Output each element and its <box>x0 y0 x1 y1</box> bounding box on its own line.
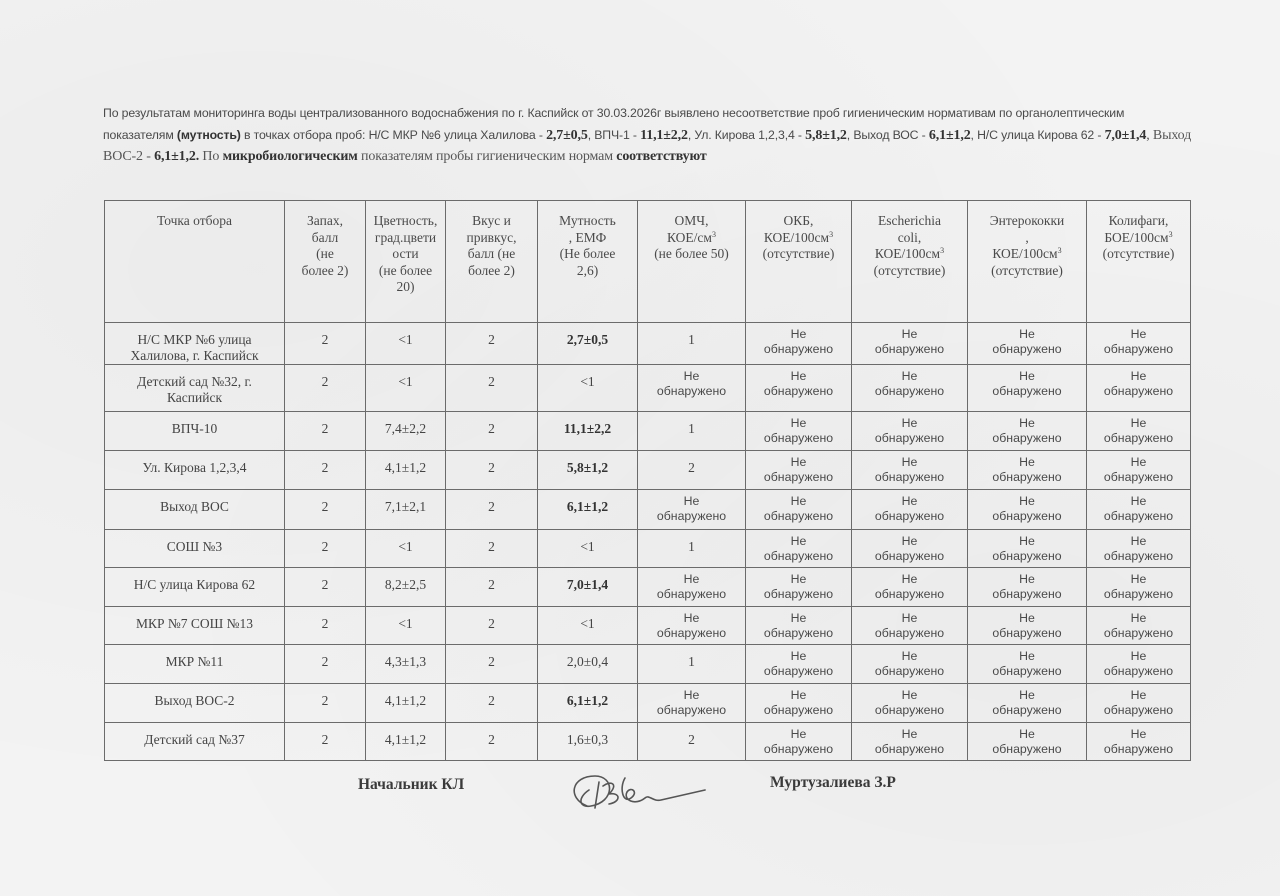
sampling-point: ВПЧ-10 <box>105 412 285 451</box>
cell-text: Не <box>971 494 1083 509</box>
cell-color: <1 <box>366 323 446 365</box>
cell-text: обнаружено <box>749 384 848 399</box>
cell-text: обнаружено <box>749 664 848 679</box>
cell-turbidity: 11,1±2,2 <box>538 412 638 451</box>
cell-text: Не <box>855 688 964 703</box>
cell-taste: 2 <box>446 451 538 490</box>
column-header-line: coli, <box>855 230 964 247</box>
table-row: МКР №7 СОШ №132<12<1НеобнаруженоНеобнару… <box>105 607 1191 645</box>
cell-text: Не <box>855 327 964 342</box>
cell-text: Не <box>749 455 848 470</box>
cell-odor: 2 <box>285 490 366 530</box>
intro-value: 7,0±1,4 <box>1105 128 1147 143</box>
cell-odor: 2 <box>285 412 366 451</box>
column-header: ОМЧ,КОЕ/см3(не более 50) <box>638 201 746 323</box>
cell-not-detected: Необнаружено <box>746 490 852 530</box>
cell-text: обнаружено <box>641 509 742 524</box>
column-header-line: БОЕ/100см3 <box>1090 230 1187 247</box>
cell-text: обнаружено <box>855 742 964 757</box>
sampling-point: Н/С улица Кирова 62 <box>105 568 285 607</box>
column-header-line: (отсутствие) <box>749 246 848 263</box>
cell-taste: 2 <box>446 684 538 723</box>
cell-text: обнаружено <box>641 587 742 602</box>
cell-turbidity: 5,8±1,2 <box>538 451 638 490</box>
cell-not-detected: Необнаружено <box>968 645 1087 684</box>
cell-color: <1 <box>366 365 446 412</box>
cell-text: Не <box>1090 572 1187 587</box>
cell-text: Не <box>1090 455 1187 470</box>
column-header-line: (отсутствие) <box>971 263 1083 280</box>
cell-odor: 2 <box>285 530 366 568</box>
intro-text: , Ул. Кирова 1,2,3,4 - <box>688 128 805 142</box>
column-header-line: балл <box>288 230 362 247</box>
signer-name: Муртузалиева З.Р <box>770 774 896 792</box>
cell-odor: 2 <box>285 568 366 607</box>
cell-text: обнаружено <box>749 342 848 357</box>
cell-text: Не <box>971 455 1083 470</box>
cell-not-detected: Необнаружено <box>852 530 968 568</box>
cell-not-detected: Необнаружено <box>1087 645 1191 684</box>
column-header-line: КОЕ/100см3 <box>855 246 964 263</box>
column-header-line: Escherichia <box>855 213 964 230</box>
cell-not-detected: Необнаружено <box>852 323 968 365</box>
cell-text: обнаружено <box>855 664 964 679</box>
cell-not-detected: Необнаружено <box>1087 323 1191 365</box>
scanned-document: По результатам мониторинга воды централи… <box>0 0 1280 896</box>
cell-text: Не <box>749 572 848 587</box>
signature-icon <box>565 768 715 818</box>
table-body: Н/С МКР №6 улица Халилова, г. Каспийск2<… <box>105 323 1191 761</box>
cell-color: 7,4±2,2 <box>366 412 446 451</box>
cell-turbidity: 6,1±1,2 <box>538 684 638 723</box>
column-header: Цветность,град.цветиости(не более20) <box>366 201 446 323</box>
cell-taste: 2 <box>446 607 538 645</box>
intro-text: , ВПЧ-1 - <box>588 128 640 142</box>
column-header-line: Цветность, <box>369 213 442 230</box>
cell-text: обнаружено <box>749 703 848 718</box>
cell-not-detected: Необнаружено <box>968 490 1087 530</box>
cell-not-detected: Необнаружено <box>638 568 746 607</box>
cell-text: Не <box>1090 494 1187 509</box>
results-table: Точка отбораЗапах,балл(неболее 2)Цветнос… <box>104 200 1191 761</box>
cell-text: Не <box>749 327 848 342</box>
column-header: Энтерококки,КОЕ/100см3(отсутствие) <box>968 201 1087 323</box>
cell-text: обнаружено <box>971 703 1083 718</box>
cell-omch: 1 <box>638 323 746 365</box>
column-header-line: Энтерококки <box>971 213 1083 230</box>
column-header-line: (Не более <box>541 246 634 263</box>
cell-not-detected: Необнаружено <box>746 684 852 723</box>
cell-omch: 2 <box>638 723 746 761</box>
cell-text: Не <box>641 369 742 384</box>
cell-taste: 2 <box>446 490 538 530</box>
cell-not-detected: Необнаружено <box>852 412 968 451</box>
table-row: Н/С МКР №6 улица Халилова, г. Каспийск2<… <box>105 323 1191 365</box>
intro-text: По <box>199 149 223 164</box>
table-row: Детский сад №3724,1±1,221,6±0,32Необнару… <box>105 723 1191 761</box>
intro-turbidity-label: (мутность) <box>177 128 241 142</box>
cell-text: Не <box>749 688 848 703</box>
cell-text: Не <box>749 416 848 431</box>
cell-text: обнаружено <box>1090 509 1187 524</box>
column-header-line: 20) <box>369 279 442 296</box>
column-header: Escherichiacoli,КОЕ/100см3(отсутствие) <box>852 201 968 323</box>
column-header-line: ости <box>369 246 442 263</box>
intro-micro-label: микробиологическим <box>223 149 358 164</box>
cell-text: обнаружено <box>971 431 1083 446</box>
sampling-point: Детский сад №32, г. Каспийск <box>105 365 285 412</box>
column-header-line: , ЕМФ <box>541 230 634 247</box>
cell-text: обнаружено <box>1090 626 1187 641</box>
column-header-line: ОКБ, <box>749 213 848 230</box>
cell-text: обнаружено <box>855 587 964 602</box>
cell-turbidity: 2,7±0,5 <box>538 323 638 365</box>
cell-text: Не <box>749 727 848 742</box>
cell-not-detected: Необнаружено <box>852 607 968 645</box>
cell-not-detected: Необнаружено <box>638 490 746 530</box>
cell-odor: 2 <box>285 323 366 365</box>
cell-turbidity: <1 <box>538 530 638 568</box>
cell-text: обнаружено <box>1090 470 1187 485</box>
column-header-line: Мутность <box>541 213 634 230</box>
cell-taste: 2 <box>446 412 538 451</box>
intro-value: 11,1±2,2 <box>640 128 688 143</box>
cell-text: Не <box>855 727 964 742</box>
cell-text: Не <box>971 572 1083 587</box>
cell-text: Не <box>855 534 964 549</box>
cell-text: обнаружено <box>749 549 848 564</box>
sampling-point: Н/С МКР №6 улица Халилова, г. Каспийск <box>105 323 285 365</box>
cell-omch: 1 <box>638 412 746 451</box>
cell-text: Не <box>1090 727 1187 742</box>
cell-text: Не <box>641 688 742 703</box>
cell-odor: 2 <box>285 365 366 412</box>
cell-text: Не <box>855 649 964 664</box>
cell-not-detected: Необнаружено <box>968 323 1087 365</box>
cell-text: обнаружено <box>855 703 964 718</box>
column-header-line: ОМЧ, <box>641 213 742 230</box>
cell-text: Не <box>971 534 1083 549</box>
cell-odor: 2 <box>285 645 366 684</box>
cell-color: 4,1±1,2 <box>366 723 446 761</box>
cell-text: обнаружено <box>749 626 848 641</box>
column-header-line: (отсутствие) <box>1090 246 1187 263</box>
cell-text: Не <box>971 369 1083 384</box>
cell-text: обнаружено <box>971 587 1083 602</box>
cell-not-detected: Необнаружено <box>852 490 968 530</box>
table-row: Ул. Кирова 1,2,3,424,1±1,225,8±1,22Необн… <box>105 451 1191 490</box>
cell-turbidity: 7,0±1,4 <box>538 568 638 607</box>
cell-text: обнаружено <box>971 470 1083 485</box>
cell-not-detected: Необнаружено <box>852 568 968 607</box>
cell-not-detected: Необнаружено <box>852 684 968 723</box>
intro-value: 5,8±1,2 <box>805 128 847 143</box>
cell-omch: 2 <box>638 451 746 490</box>
cell-text: Не <box>641 494 742 509</box>
sampling-point: Выход ВОС-2 <box>105 684 285 723</box>
intro-text: в точках отбора проб: Н/С МКР №6 улица Х… <box>241 128 546 142</box>
intro-text: , Выход ВОС - <box>847 128 929 142</box>
table-row: МКР №1124,3±1,322,0±0,41НеобнаруженоНеоб… <box>105 645 1191 684</box>
column-header: Вкус ипривкус,балл (неболее 2) <box>446 201 538 323</box>
intro-text: показателям пробы гигиеническим нормам <box>358 149 617 164</box>
cell-turbidity: 1,6±0,3 <box>538 723 638 761</box>
cell-text: Не <box>641 572 742 587</box>
cell-taste: 2 <box>446 645 538 684</box>
cell-text: Не <box>1090 649 1187 664</box>
cell-taste: 2 <box>446 530 538 568</box>
cell-text: Не <box>971 688 1083 703</box>
column-header-line: КОЕ/см3 <box>641 230 742 247</box>
column-header: Точка отбора <box>105 201 285 323</box>
cell-odor: 2 <box>285 684 366 723</box>
cell-not-detected: Необнаружено <box>746 645 852 684</box>
cell-text: Не <box>971 649 1083 664</box>
cell-not-detected: Необнаружено <box>746 723 852 761</box>
cell-turbidity: 2,0±0,4 <box>538 645 638 684</box>
cell-text: обнаружено <box>749 587 848 602</box>
cell-text: Не <box>971 416 1083 431</box>
cell-color: 8,2±2,5 <box>366 568 446 607</box>
cell-text: обнаружено <box>855 342 964 357</box>
column-header-line: балл (не <box>449 246 534 263</box>
cell-not-detected: Необнаружено <box>638 607 746 645</box>
column-header-line: КОЕ/100см3 <box>971 246 1083 263</box>
cell-text: обнаружено <box>971 384 1083 399</box>
cell-not-detected: Необнаружено <box>1087 530 1191 568</box>
intro-text: , Н/С улица Кирова 62 - <box>971 128 1105 142</box>
cell-not-detected: Необнаружено <box>852 451 968 490</box>
cell-color: 7,1±2,1 <box>366 490 446 530</box>
cell-text: Не <box>971 611 1083 626</box>
intro-conclusion: соответствуют <box>616 149 706 164</box>
cell-text: Не <box>749 494 848 509</box>
column-header-line: Точка отбора <box>108 213 281 230</box>
column-header-line: (не более <box>369 263 442 280</box>
cell-not-detected: Необнаружено <box>968 365 1087 412</box>
cell-text: Не <box>1090 534 1187 549</box>
column-header-line: привкус, <box>449 230 534 247</box>
table-header-row: Точка отбораЗапах,балл(неболее 2)Цветнос… <box>105 201 1191 323</box>
cell-text: обнаружено <box>855 549 964 564</box>
cell-taste: 2 <box>446 568 538 607</box>
cell-odor: 2 <box>285 451 366 490</box>
cell-not-detected: Необнаружено <box>1087 607 1191 645</box>
cell-text: обнаружено <box>1090 431 1187 446</box>
cell-color: 4,1±1,2 <box>366 684 446 723</box>
column-header-line: , <box>971 230 1083 247</box>
cell-text: Не <box>1090 369 1187 384</box>
cell-text: Не <box>749 649 848 664</box>
cell-not-detected: Необнаружено <box>968 412 1087 451</box>
cell-text: Не <box>855 369 964 384</box>
cell-not-detected: Необнаружено <box>746 568 852 607</box>
cell-text: Не <box>855 572 964 587</box>
intro-value: 6,1±1,2. <box>154 149 199 164</box>
column-header: Колифаги,БОЕ/100см3(отсутствие) <box>1087 201 1191 323</box>
cell-text: обнаружено <box>1090 342 1187 357</box>
cell-taste: 2 <box>446 723 538 761</box>
cell-text: обнаружено <box>1090 587 1187 602</box>
cell-not-detected: Необнаружено <box>968 684 1087 723</box>
cell-text: Не <box>1090 688 1187 703</box>
cell-text: Не <box>971 327 1083 342</box>
cell-text: Не <box>1090 611 1187 626</box>
cell-color: 4,3±1,3 <box>366 645 446 684</box>
table-row: Детский сад №32, г. Каспийск2<12<1Необна… <box>105 365 1191 412</box>
intro-paragraph: По результатам мониторинга воды централи… <box>103 103 1193 168</box>
cell-not-detected: Необнаружено <box>852 723 968 761</box>
cell-text: обнаружено <box>1090 742 1187 757</box>
cell-text: обнаружено <box>1090 384 1187 399</box>
cell-text: обнаружено <box>855 431 964 446</box>
column-header: ОКБ,КОЕ/100см3(отсутствие) <box>746 201 852 323</box>
cell-text: Не <box>641 611 742 626</box>
cell-taste: 2 <box>446 323 538 365</box>
cell-text: обнаружено <box>855 626 964 641</box>
cell-text: Не <box>1090 416 1187 431</box>
cell-text: обнаружено <box>641 626 742 641</box>
cell-not-detected: Необнаружено <box>746 412 852 451</box>
cell-color: <1 <box>366 530 446 568</box>
cell-text: Не <box>749 611 848 626</box>
cell-text: обнаружено <box>971 626 1083 641</box>
cell-text: обнаружено <box>1090 664 1187 679</box>
cell-text: обнаружено <box>641 384 742 399</box>
cell-odor: 2 <box>285 723 366 761</box>
cell-omch: 1 <box>638 645 746 684</box>
cell-not-detected: Необнаружено <box>968 530 1087 568</box>
sampling-point: МКР №11 <box>105 645 285 684</box>
column-header-line: 2,6) <box>541 263 634 280</box>
signer-position: Начальник КЛ <box>358 776 464 794</box>
cell-omch: 1 <box>638 530 746 568</box>
cell-text: обнаружено <box>855 384 964 399</box>
cell-text: Не <box>855 611 964 626</box>
cell-turbidity: 6,1±1,2 <box>538 490 638 530</box>
column-header-line: (не <box>288 246 362 263</box>
cell-not-detected: Необнаружено <box>968 568 1087 607</box>
cell-text: обнаружено <box>749 470 848 485</box>
cell-not-detected: Необнаружено <box>746 530 852 568</box>
sampling-point: СОШ №3 <box>105 530 285 568</box>
cell-turbidity: <1 <box>538 607 638 645</box>
cell-not-detected: Необнаружено <box>1087 412 1191 451</box>
cell-not-detected: Необнаружено <box>1087 451 1191 490</box>
column-header-line: град.цвети <box>369 230 442 247</box>
column-header-line: Колифаги, <box>1090 213 1187 230</box>
cell-text: Не <box>855 455 964 470</box>
cell-text: обнаружено <box>971 742 1083 757</box>
cell-text: Не <box>749 369 848 384</box>
cell-not-detected: Необнаружено <box>746 451 852 490</box>
column-header-line: КОЕ/100см3 <box>749 230 848 247</box>
cell-not-detected: Необнаружено <box>968 723 1087 761</box>
cell-text: обнаружено <box>749 431 848 446</box>
cell-not-detected: Необнаружено <box>968 607 1087 645</box>
intro-value: 2,7±0,5 <box>546 128 588 143</box>
cell-text: обнаружено <box>971 342 1083 357</box>
table-row: СОШ №32<12<11НеобнаруженоНеобнаруженоНео… <box>105 530 1191 568</box>
table-row: Выход ВОС-224,1±1,226,1±1,2НеобнаруженоН… <box>105 684 1191 723</box>
cell-not-detected: Необнаружено <box>968 451 1087 490</box>
cell-text: обнаружено <box>1090 703 1187 718</box>
cell-not-detected: Необнаружено <box>1087 684 1191 723</box>
cell-not-detected: Необнаружено <box>746 323 852 365</box>
cell-not-detected: Необнаружено <box>852 365 968 412</box>
column-header: Запах,балл(неболее 2) <box>285 201 366 323</box>
table-row: ВПЧ-1027,4±2,2211,1±2,21НеобнаруженоНеоб… <box>105 412 1191 451</box>
cell-text: Не <box>1090 327 1187 342</box>
cell-not-detected: Необнаружено <box>1087 568 1191 607</box>
cell-text: Не <box>855 494 964 509</box>
cell-not-detected: Необнаружено <box>1087 490 1191 530</box>
cell-not-detected: Необнаружено <box>1087 365 1191 412</box>
table-row: Выход ВОС27,1±2,126,1±1,2НеобнаруженоНео… <box>105 490 1191 530</box>
cell-text: обнаружено <box>749 742 848 757</box>
column-header-line: более 2) <box>288 263 362 280</box>
cell-text: обнаружено <box>971 549 1083 564</box>
cell-text: обнаружено <box>855 509 964 524</box>
cell-text: обнаружено <box>1090 549 1187 564</box>
intro-value: 6,1±1,2 <box>929 128 971 143</box>
cell-not-detected: Необнаружено <box>638 365 746 412</box>
cell-not-detected: Необнаружено <box>852 645 968 684</box>
column-header-line: (не более 50) <box>641 246 742 263</box>
cell-not-detected: Необнаружено <box>1087 723 1191 761</box>
cell-text: Не <box>971 727 1083 742</box>
cell-text: Не <box>855 416 964 431</box>
cell-text: обнаружено <box>749 509 848 524</box>
cell-text: Не <box>749 534 848 549</box>
sampling-point: МКР №7 СОШ №13 <box>105 607 285 645</box>
sampling-point: Выход ВОС <box>105 490 285 530</box>
cell-taste: 2 <box>446 365 538 412</box>
cell-text: обнаружено <box>855 470 964 485</box>
cell-text: обнаружено <box>971 509 1083 524</box>
cell-not-detected: Необнаружено <box>746 607 852 645</box>
table-row: Н/С улица Кирова 6228,2±2,527,0±1,4Необн… <box>105 568 1191 607</box>
cell-not-detected: Необнаружено <box>638 684 746 723</box>
cell-text: обнаружено <box>971 664 1083 679</box>
sampling-point: Ул. Кирова 1,2,3,4 <box>105 451 285 490</box>
cell-color: 4,1±1,2 <box>366 451 446 490</box>
column-header-line: Вкус и <box>449 213 534 230</box>
column-header-line: (отсутствие) <box>855 263 964 280</box>
column-header-line: более 2) <box>449 263 534 280</box>
sampling-point: Детский сад №37 <box>105 723 285 761</box>
cell-turbidity: <1 <box>538 365 638 412</box>
cell-color: <1 <box>366 607 446 645</box>
column-header-line: Запах, <box>288 213 362 230</box>
cell-text: обнаружено <box>641 703 742 718</box>
column-header: Мутность, ЕМФ(Не более2,6) <box>538 201 638 323</box>
cell-not-detected: Необнаружено <box>746 365 852 412</box>
cell-odor: 2 <box>285 607 366 645</box>
